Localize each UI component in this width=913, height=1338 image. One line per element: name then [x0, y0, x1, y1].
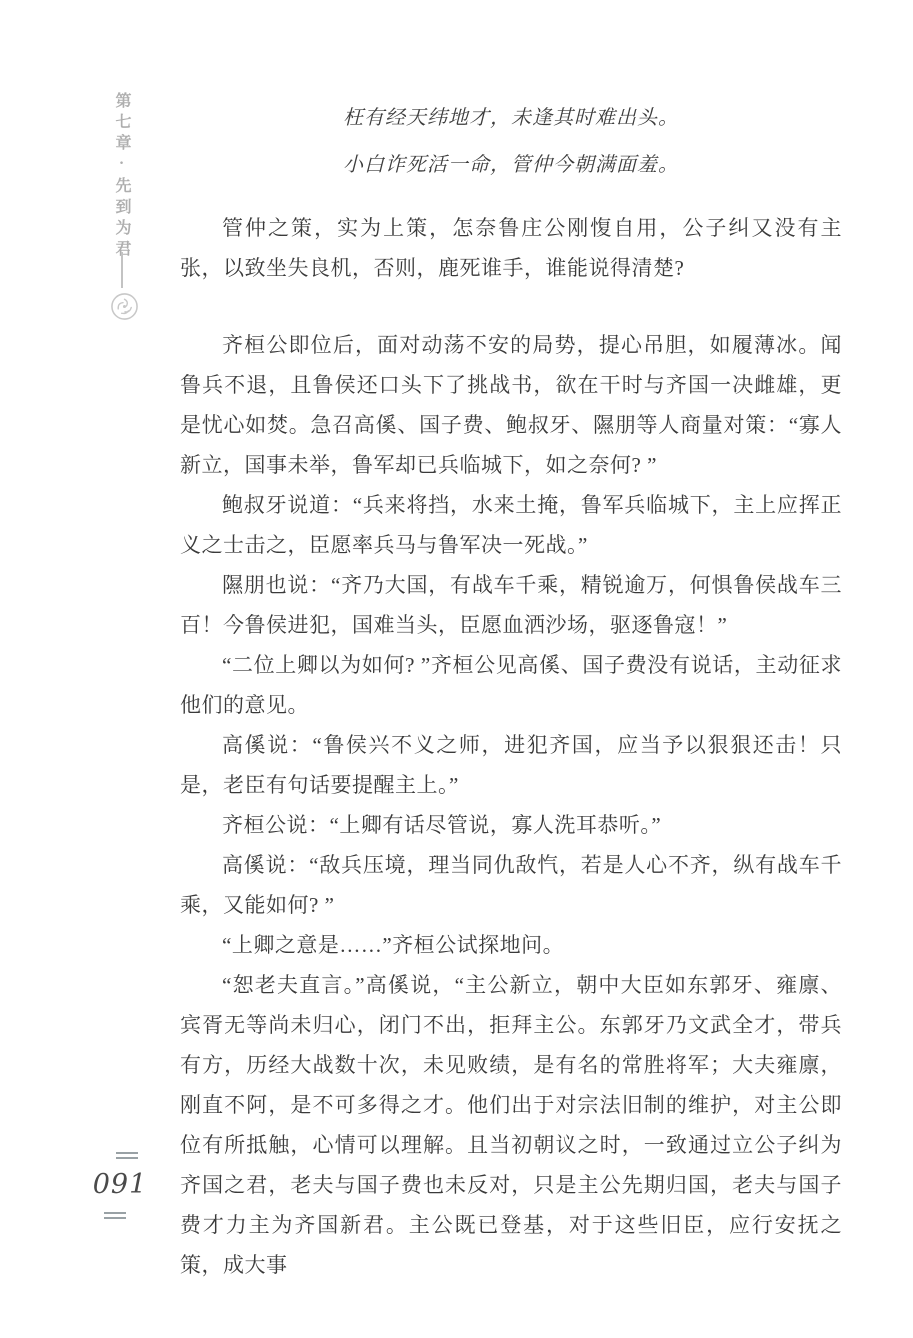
double-rule-top [116, 1152, 138, 1159]
paragraph: 齐桓公即位后，面对动荡不安的局势，提心吊胆，如履薄冰。闻鲁兵不退，且鲁侯还口头下… [180, 325, 842, 485]
chapter-title: 第七章·先到为君 [108, 92, 134, 261]
poem-line-2: 小白诈死活一命，管仲今朝满面羞。 [180, 142, 842, 189]
paragraph: 鲍叔牙说道：“兵来将挡，水来土掩，鲁军兵临城下，主上应挥正义之士击之，臣愿率兵马… [180, 485, 842, 565]
chapter-sidebar: 第七章·先到为君 [0, 0, 160, 1338]
double-rule-bottom [104, 1212, 126, 1219]
paragraph: 高傒说：“鲁侯兴不义之师，进犯齐国，应当予以狠狠还击！只是，老臣有句话要提醒主上… [180, 725, 842, 805]
paragraph: “上卿之意是……”齐桓公试探地问。 [180, 925, 842, 965]
paragraph: 高傒说：“敌兵压境，理当同仇敌忾，若是人心不齐，纵有战车千乘，又能如何? ” [180, 845, 842, 925]
paragraph: 齐桓公说：“上卿有话尽管说，寡人洗耳恭听。” [180, 805, 842, 845]
paragraph: “恕老夫直言。”高傒说，“主公新立，朝中大臣如东郭牙、雍廪、宾胥无等尚未归心，闭… [180, 965, 842, 1285]
page-content: 枉有经天纬地才，未逢其时难出头。 小白诈死活一命，管仲今朝满面羞。 管仲之策，实… [180, 95, 842, 1285]
poem-line-1: 枉有经天纬地才，未逢其时难出头。 [180, 95, 842, 142]
title-dash-line [121, 252, 123, 288]
paragraph: 管仲之策，实为上策，怎奈鲁庄公刚愎自用，公子纠又没有主张，以致坐失良机，否则，鹿… [180, 208, 842, 288]
book-page: 第七章·先到为君 091 枉有经天纬地才，未逢其时难出头。 小白诈死活一命，管仲… [0, 0, 913, 1338]
page-number-block: 091 [98, 1152, 142, 1219]
paragraph: 隰朋也说：“齐乃大国，有战车千乘，精锐逾万，何惧鲁侯战车三百！今鲁侯进犯，国难当… [180, 565, 842, 645]
paragraph: “二位上卿以为如何? ”齐桓公见高傒、国子费没有说话，主动征求他们的意见。 [180, 645, 842, 725]
page-number: 091 [93, 1169, 148, 1200]
chapter-seal-icon [110, 292, 139, 321]
poem: 枉有经天纬地才，未逢其时难出头。 小白诈死活一命，管仲今朝满面羞。 [180, 95, 842, 189]
